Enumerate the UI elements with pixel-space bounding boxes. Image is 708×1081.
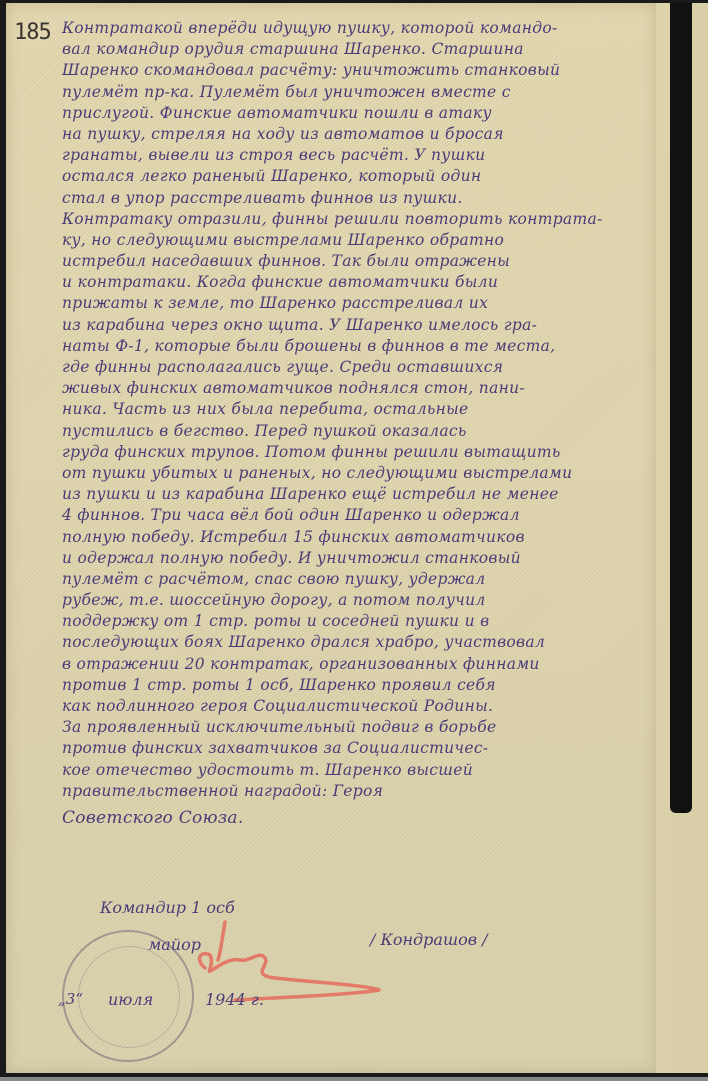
date-day: „3“ — [58, 990, 83, 1008]
signatory-position: Командир 1 осб — [100, 898, 235, 917]
body-line: кое отечество удостоить т. Шаренко высше… — [62, 760, 672, 781]
body-line: вал командир орудия старшина Шаренко. Ст… — [62, 39, 672, 60]
body-line: из карабина через окно щита. У Шаренко и… — [62, 315, 672, 336]
body-line: прижаты к земле, то Шаренко расстреливал… — [62, 293, 672, 314]
body-line: прислугой. Финские автоматчики пошли в а… — [62, 103, 672, 124]
body-line: правительственной наградой: Героя — [62, 781, 672, 802]
body-line: Контратаку отразили, финны решили повтор… — [62, 209, 672, 230]
body-line: ника. Часть из них была перебита, осталь… — [62, 399, 672, 420]
body-line: остался легко раненый Шаренко, который о… — [62, 166, 672, 187]
body-line: стал в упор расстреливать финнов из пушк… — [62, 188, 672, 209]
body-line: от пушки убитых и раненых, но следующими… — [62, 463, 672, 484]
body-line: полную победу. Истребил 15 финских автом… — [62, 527, 672, 548]
scan-shadow-strip — [670, 3, 692, 813]
body-line: наты Ф-1, которые были брошены в финнов … — [62, 336, 672, 357]
body-line: гранаты, вывели из строя весь расчёт. У … — [62, 145, 672, 166]
body-line: Контратакой вперёди идущую пушку, которо… — [62, 18, 672, 39]
body-line: рубеж, т.е. шоссейную дорогу, а потом по… — [62, 590, 672, 611]
body-line: и контратаки. Когда финские автоматчики … — [62, 272, 672, 293]
body-line: пустились в бегство. Перед пушкой оказал… — [62, 421, 672, 442]
body-line: из пушки и из карабина Шаренко ещё истре… — [62, 484, 672, 505]
body-line: пулемёт с расчётом, спас свою пушку, уде… — [62, 569, 672, 590]
body-line: живых финских автоматчиков поднялся стон… — [62, 378, 672, 399]
body-line: Советского Союза. — [62, 808, 672, 829]
date-month: июля — [108, 990, 153, 1009]
body-line: груда финских трупов. Потом финны решили… — [62, 442, 672, 463]
body-line: и одержал полную победу. И уничтожил ста… — [62, 548, 672, 569]
body-line: ку, но следующими выстрелами Шаренко обр… — [62, 230, 672, 251]
body-line: поддержку от 1 стр. роты и соседней пушк… — [62, 611, 672, 632]
body-line: как подлинного героя Социалистической Ро… — [62, 696, 672, 717]
body-line: Шаренко скомандовал расчёту: уничтожить … — [62, 60, 672, 81]
body-line: 4 финнов. Три часа вёл бой один Шаренко … — [62, 505, 672, 526]
body-line: против финских захватчиков за Социалисти… — [62, 738, 672, 759]
body-line: против 1 стр. роты 1 осб, Шаренко прояви… — [62, 675, 672, 696]
date-year: 1944 г. — [205, 990, 264, 1009]
folio-number: 185 — [14, 20, 51, 45]
body-line: последующих боях Шаренко дрался храбро, … — [62, 632, 672, 653]
body-line: пулемёт пр-ка. Пулемёт был уничтожен вме… — [62, 82, 672, 103]
red-pencil-signature — [150, 920, 390, 1010]
handwritten-body: Контратакой вперёди идущую пушку, которо… — [62, 18, 672, 829]
body-line: За проявленный исключительный подвиг в б… — [62, 717, 672, 738]
body-line: истребил наседавших финнов. Так были отр… — [62, 251, 672, 272]
scan-bottom-edge — [0, 1077, 708, 1081]
body-line: где финны располагались гуще. Среди оста… — [62, 357, 672, 378]
body-line: в отражении 20 контратак, организованных… — [62, 654, 672, 675]
body-line: на пушку, стреляя на ходу из автоматов и… — [62, 124, 672, 145]
